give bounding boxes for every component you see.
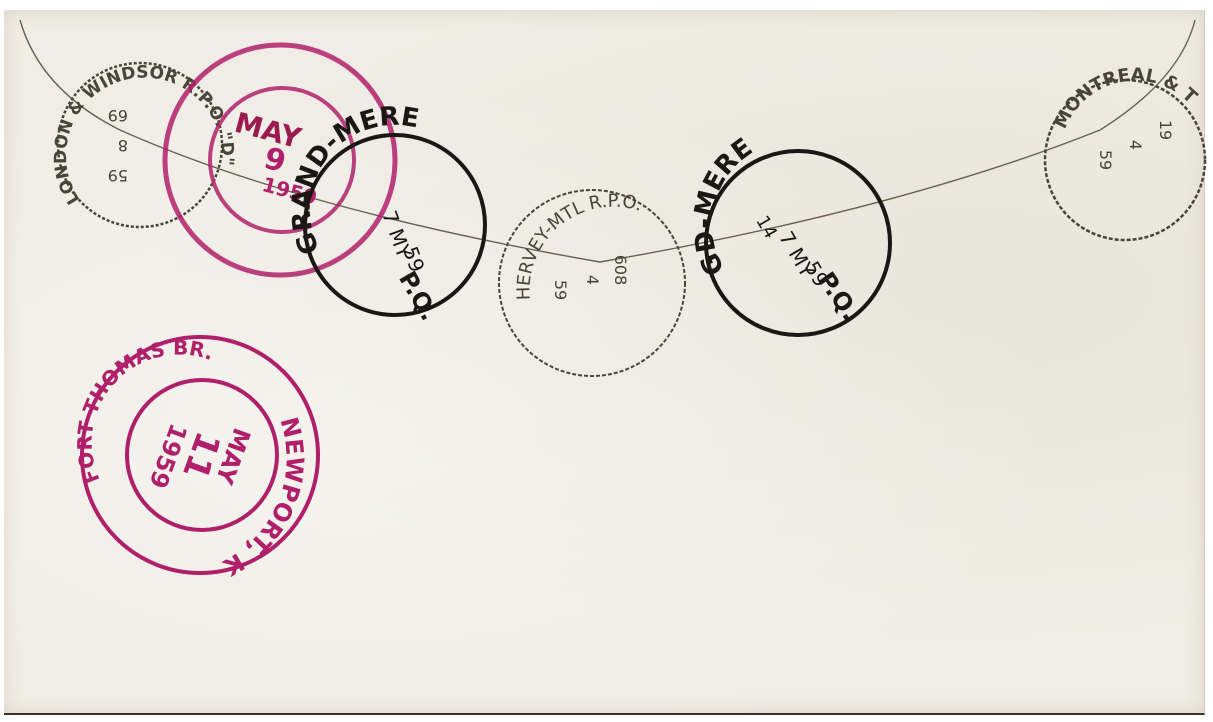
svg-text:69: 69: [108, 106, 128, 125]
postmark-may-9: MAY 9 1959: [165, 45, 395, 275]
flap-edge: [20, 20, 1195, 262]
svg-text:608: 608: [611, 255, 630, 286]
svg-text:GD-MERE: GD-MERE: [689, 133, 758, 280]
svg-text:MONTREAL & TORONTO R.P.O.: MONTREAL & TORONTO R.P.O.: [0, 0, 1202, 132]
svg-text:59: 59: [108, 166, 128, 185]
postmark-grand-mere-2: GD-MERE 14 7 MY 59 P.Q.: [689, 133, 890, 335]
svg-text:19: 19: [1156, 120, 1175, 140]
svg-text:4: 4: [1126, 140, 1145, 150]
svg-text:59: 59: [551, 280, 570, 300]
svg-text:8: 8: [118, 136, 128, 155]
postmark-grand-mere-1: GRAND-MERE 7 MY 59 P.Q.: [287, 102, 485, 326]
svg-text:LONDON & WINDSOR R.P.O. "D": LONDON & WINDSOR R.P.O. "D": [51, 62, 237, 207]
svg-text:59: 59: [1096, 150, 1115, 170]
postmark-windsor: LONDON & WINDSOR R.P.O. "D" 69 8 59: [51, 62, 237, 227]
svg-text:NEWPORT, KY.: NEWPORT, KY.: [0, 0, 309, 582]
postmarks-layer: LONDON & WINDSOR R.P.O. "D" 69 8 59 MAY …: [0, 0, 1213, 722]
svg-text:4: 4: [583, 275, 602, 285]
postmark-hervey: HERVEY-MTL R.P.O. 608 4 59: [499, 190, 685, 376]
